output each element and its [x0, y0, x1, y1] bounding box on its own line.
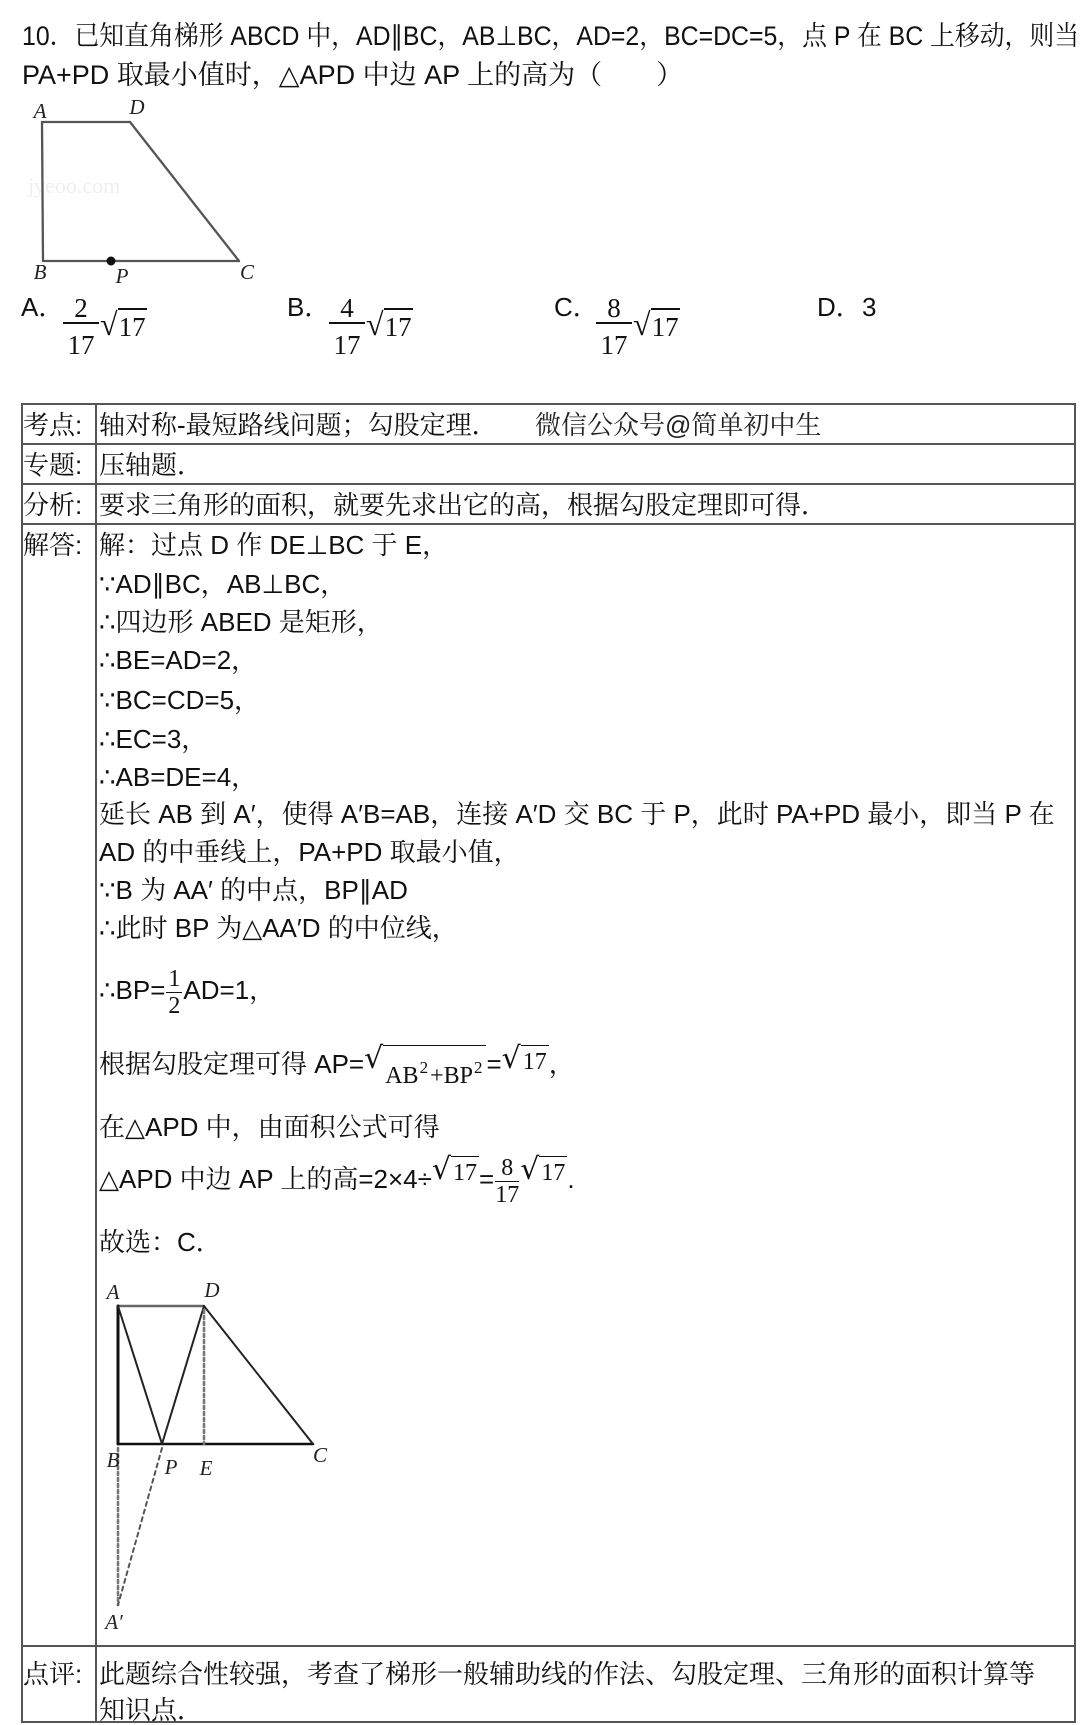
label-cell: 专题: [23, 445, 97, 483]
row-label: 专题: [23, 446, 82, 484]
label-p: P [115, 264, 129, 288]
label-c: C [313, 1443, 328, 1467]
row-label: 解答: [23, 526, 82, 564]
equals: = [479, 1164, 494, 1194]
ap-prefix: 根据勾股定理可得 AP= [99, 1049, 364, 1079]
option-c: C． 8 17 √17 [554, 290, 804, 360]
segment-ab [42, 122, 43, 261]
solution-line: ∵AD∥BC，AB⊥BC， [99, 565, 346, 603]
row-dianping: 点评: 此题综合性较强，考查了梯形一般辅助线的作法、勾股定理、三角形的面积计算等… [21, 1645, 1076, 1723]
denominator: 17 [329, 324, 365, 360]
numerator: 2 [63, 294, 99, 324]
sqrt-sign-icon: √ [100, 304, 118, 344]
comment-line: 此题综合性较强，考查了梯形一般辅助线的作法、勾股定理、三角形的面积计算等 [99, 1655, 1035, 1693]
option-a-sqrt: √17 [100, 304, 147, 344]
option-d-value: 3 [862, 290, 876, 324]
solution-figure: A D B P E C A′ [97, 1270, 357, 1642]
solution-line: ∵BC=CD=5， [99, 681, 260, 719]
option-a-letter: A． [21, 290, 64, 324]
option-b: B． 4 17 √17 [287, 290, 537, 360]
row-zhuanti: 专题: 压轴题． [21, 443, 1076, 483]
point-p-dot [107, 257, 116, 266]
result-fraction: 817 [495, 1157, 519, 1206]
height-line: △APD 中边 AP 上的高=2×4÷√17=817√17. [99, 1148, 575, 1212]
solution-line: ∴四边形 ABED 是矩形， [99, 603, 383, 641]
solution-line: 解：过点 D 作 DE⊥BC 于 E， [99, 526, 448, 564]
denominator: 17 [63, 324, 99, 360]
sqrt-sign-icon: √ [364, 1039, 383, 1079]
plus-sign: + [430, 1063, 444, 1089]
sqrt-sign-icon: √ [520, 1150, 539, 1190]
numerator: 8 [495, 1157, 519, 1182]
option-d-letter: D． [817, 290, 862, 324]
label-cell: 分析: [23, 485, 97, 523]
sqrt-sign-icon: √ [432, 1150, 451, 1190]
comment-line: 知识点． [99, 1691, 203, 1725]
solution-line: ∴BE=AD=2， [99, 641, 257, 679]
sqrt-sign-icon: √ [366, 304, 384, 344]
content-cell: 压轴题． [97, 445, 1074, 483]
row-label: 考点: [23, 406, 82, 444]
label-d: D [128, 95, 144, 119]
question-line-1: 10．已知直角梯形 ABCD 中，AD∥BC，AB⊥BC，AD=2，BC=DC=… [22, 17, 1079, 56]
segment-pa-prime-dotted [118, 1448, 162, 1605]
ap-suffix: ， [549, 1049, 575, 1079]
numerator: 1 [166, 968, 182, 993]
exponent: 2 [420, 1058, 429, 1077]
term-bp: BP [444, 1063, 473, 1089]
option-b-letter: B． [287, 290, 330, 324]
trapezoid-figure: jyeoo.com A D B P C [0, 80, 300, 295]
denominator: 17 [596, 324, 632, 360]
radicand: 17 [451, 1156, 479, 1189]
option-c-sqrt: √17 [633, 304, 680, 344]
wechat-watermark: 微信公众号@简单初中生 [535, 406, 821, 444]
ap-line: 根据勾股定理可得 AP=√AB2+BP2=√17， [99, 1037, 575, 1093]
exponent: 2 [474, 1058, 483, 1077]
radicand: 17 [384, 308, 413, 344]
label-cell: 解答: [23, 525, 97, 1645]
solution-line: 在△APD 中，由面积公式可得 [99, 1108, 440, 1146]
radicand: 17 [118, 308, 147, 344]
sqrt-sign-icon: √ [633, 304, 651, 344]
option-b-sqrt: √17 [366, 304, 413, 344]
figure-watermark: jyeoo.com [27, 173, 120, 198]
option-c-fraction: 8 17 [596, 294, 632, 360]
result-sqrt: √17 [502, 1039, 549, 1093]
label-cell: 点评: [23, 1647, 97, 1721]
row-label: 分析: [23, 486, 82, 524]
option-c-letter: C． [554, 290, 599, 324]
height-prefix: △APD 中边 AP 上的高=2×4÷ [99, 1164, 432, 1194]
numerator: 8 [596, 294, 632, 324]
radicand: 17 [521, 1045, 549, 1078]
radicand: 17 [651, 308, 680, 344]
equals: = [486, 1049, 501, 1079]
segment-pd [162, 1306, 204, 1444]
label-p: P [164, 1455, 178, 1479]
label-d: D [203, 1278, 219, 1302]
denominator: 17 [495, 1182, 519, 1206]
label-e: E [199, 1456, 213, 1480]
label-a: A [32, 99, 47, 123]
content-cell: 要求三角形的面积，就要先求出它的高，根据勾股定理即可得． [97, 485, 1074, 523]
row-kaodian: 考点: 轴对称-最短路线问题；勾股定理． 微信公众号@简单初中生 [21, 403, 1076, 443]
sqrt-sign-icon: √ [502, 1039, 521, 1079]
label-b: B [107, 1448, 120, 1472]
solution-line: AD 的中垂线上，PA+PD 取最小值， [99, 833, 520, 871]
radicand: 17 [539, 1156, 567, 1189]
option-a: A． 2 17 √17 [21, 290, 271, 360]
content-cell: 此题综合性较强，考查了梯形一般辅助线的作法、勾股定理、三角形的面积计算等 知识点… [97, 1647, 1074, 1721]
content-cell: 轴对称-最短路线问题；勾股定理． 微信公众号@简单初中生 [97, 405, 1074, 443]
label-a-prime: A′ [103, 1610, 123, 1634]
conclusion: 故选：C． [99, 1223, 222, 1261]
segment-ap [118, 1306, 162, 1444]
segment-dc [130, 122, 239, 261]
bp-suffix: AD=1， [183, 975, 275, 1005]
sqrt-17: √17 [432, 1150, 479, 1212]
solution-line: ∴EC=3， [99, 720, 207, 758]
bp-prefix: ∴BP= [99, 975, 165, 1005]
term-ab: AB [385, 1063, 418, 1089]
label-a: A [105, 1280, 120, 1304]
radicand: AB2+BP2 [383, 1045, 486, 1090]
option-a-fraction: 2 17 [63, 294, 99, 360]
zhuanti-text: 压轴题． [99, 446, 203, 484]
label-b: B [34, 260, 47, 284]
option-d: D． 3 [817, 290, 1067, 360]
segment-dc [204, 1306, 313, 1444]
fenxi-text: 要求三角形的面积，就要先求出它的高，根据勾股定理即可得． [99, 486, 827, 524]
sqrt-17: √17 [520, 1150, 567, 1212]
pythagoras-sqrt: √AB2+BP2 [364, 1039, 486, 1093]
label-c: C [240, 260, 255, 284]
height-suffix: . [567, 1164, 574, 1194]
denominator: 2 [166, 993, 182, 1017]
solution-line: ∴此时 BP 为△AA′D 的中位线， [99, 909, 458, 947]
solution-line: 延长 AB 到 A′，使得 A′B=AB，连接 A′D 交 BC 于 P，此时 … [99, 795, 1055, 833]
solution-line: ∴AB=DE=4， [99, 758, 257, 796]
worksheet-page: 10．已知直角梯形 ABCD 中，AD∥BC，AB⊥BC，AD=2，BC=DC=… [0, 0, 1080, 1725]
row-fenxi: 分析: 要求三角形的面积，就要先求出它的高，根据勾股定理即可得． [21, 483, 1076, 523]
half-fraction: 12 [166, 968, 182, 1017]
option-b-fraction: 4 17 [329, 294, 365, 360]
bp-line: ∴BP=12AD=1， [99, 955, 275, 1025]
label-cell: 考点: [23, 405, 97, 443]
kaodian-text: 轴对称-最短路线问题；勾股定理． [99, 406, 498, 444]
row-label: 点评: [23, 1655, 82, 1693]
solution-line: ∵B 为 AA′ 的中点，BP∥AD [99, 871, 408, 909]
numerator: 4 [329, 294, 365, 324]
